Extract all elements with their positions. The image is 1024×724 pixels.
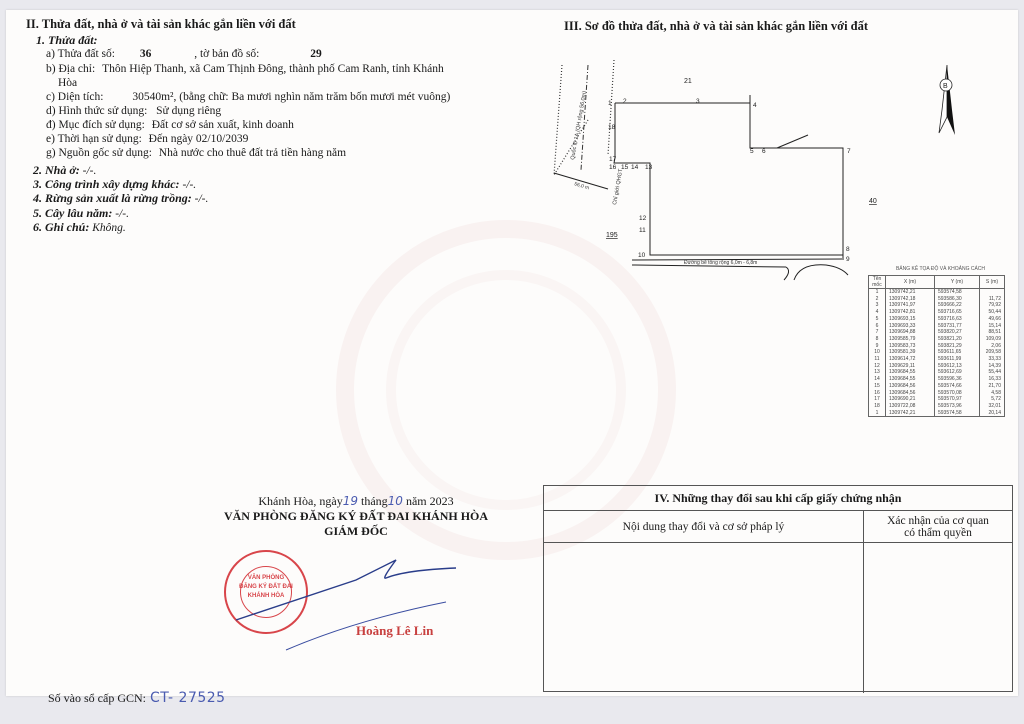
coord-cell: 593716,63 bbox=[935, 316, 980, 323]
coord-cell: 32,01 bbox=[980, 403, 1005, 410]
svg-text:9: 9 bbox=[846, 256, 850, 263]
svg-text:2: 2 bbox=[623, 98, 627, 105]
coord-cell: 10 bbox=[869, 349, 886, 356]
watermark-emblem-inner bbox=[386, 270, 626, 510]
svg-text:1: 1 bbox=[608, 100, 612, 107]
note-label: 6. Ghi chú: bbox=[33, 220, 89, 234]
coord-row: 51309693,15593716,6349,66 bbox=[869, 316, 1005, 323]
coord-cell: 593821,29 bbox=[935, 343, 980, 350]
usage-form-row: d) Hình thức sử dụng: Sử dụng riêng bbox=[46, 105, 221, 117]
coord-cell: 1309742,18 bbox=[886, 296, 935, 303]
address-value: Thôn Hiệp Thanh, xã Cam Thịnh Đông, thàn… bbox=[102, 63, 444, 75]
note-value: Không. bbox=[92, 222, 126, 234]
coord-row: 101309581,39593611,65209,58 bbox=[869, 349, 1005, 356]
coord-cell: 11 bbox=[869, 356, 886, 363]
svg-text:17: 17 bbox=[609, 156, 617, 163]
coord-cell: 14 bbox=[869, 376, 886, 383]
coord-cell: 1 bbox=[869, 410, 886, 417]
coord-cell: 593612,13 bbox=[935, 363, 980, 370]
svg-text:Chỉ giới QHGT: Chỉ giới QHGT bbox=[611, 168, 624, 206]
perennial-row: 5. Cây lâu năm: -/-. bbox=[33, 206, 129, 221]
svg-text:11: 11 bbox=[639, 227, 646, 234]
coord-cell: 88,51 bbox=[980, 329, 1005, 336]
coord-cell: 1309741,97 bbox=[886, 302, 935, 309]
forest-row: 4. Rừng sản xuất là rừng trồng: -/-. bbox=[33, 191, 208, 206]
coord-cell: 593716,65 bbox=[935, 309, 980, 316]
usage-form-label: d) Hình thức sử dụng: bbox=[46, 105, 147, 117]
coord-cell: 7 bbox=[869, 329, 886, 336]
svg-text:7: 7 bbox=[847, 148, 851, 155]
col-header-x: X (m) bbox=[886, 276, 935, 289]
coord-cell: 593586,30 bbox=[935, 296, 980, 303]
coord-cell: 593820,27 bbox=[935, 329, 980, 336]
coord-cell: 593596,36 bbox=[935, 376, 980, 383]
note-row: 6. Ghi chú: Không. bbox=[33, 220, 126, 235]
forest-label: 4. Rừng sản xuất là rừng trồng: bbox=[33, 191, 192, 205]
address-row: b) Địa chỉ: Thôn Hiệp Thanh, xã Cam Thịn… bbox=[46, 63, 444, 75]
signing-date: Khánh Hòa, ngày19 tháng10 năm 2023 bbox=[186, 494, 526, 509]
changes-col-confirm: Xác nhận của cơ quan có thẩm quyền bbox=[864, 511, 1012, 542]
coord-cell: 593573,96 bbox=[935, 403, 980, 410]
coord-cell: 11,72 bbox=[980, 296, 1005, 303]
house-row: 2. Nhà ở: -/-. bbox=[33, 163, 96, 178]
col-header-y: Y (m) bbox=[935, 276, 980, 289]
parcel-number-value: 36 bbox=[140, 48, 152, 60]
coord-cell: 593611,65 bbox=[935, 349, 980, 356]
handwritten-signature bbox=[206, 540, 466, 660]
coord-cell: 49,66 bbox=[980, 316, 1005, 323]
coordinate-table-title: BẢNG KÊ TỌA ĐỘ VÀ KHOẢNG CÁCH bbox=[868, 266, 1013, 272]
coord-row: 21309742,18593586,3011,72 bbox=[869, 296, 1005, 303]
coord-cell: 1 bbox=[869, 289, 886, 296]
land-subtitle: 1. Thửa đất: bbox=[36, 33, 98, 48]
origin-value: Nhà nước cho thuê đất trả tiền hàng năm bbox=[159, 147, 346, 159]
changes-confirm-cell bbox=[864, 543, 1012, 693]
coord-cell: 593570,08 bbox=[935, 390, 980, 397]
svg-text:15: 15 bbox=[621, 164, 629, 171]
issuing-office: VĂN PHÒNG ĐĂNG KÝ ĐẤT ĐAI KHÁNH HÒA bbox=[186, 509, 526, 524]
coord-cell: 1309585,79 bbox=[886, 336, 935, 343]
coord-cell: 16 bbox=[869, 390, 886, 397]
address-label: b) Địa chỉ: bbox=[46, 63, 95, 75]
coord-cell: 109,09 bbox=[980, 336, 1005, 343]
signer-position: GIÁM ĐỐC bbox=[186, 524, 526, 539]
coord-row: 11309742,21593574,5820,14 bbox=[869, 410, 1005, 417]
coord-cell: 8 bbox=[869, 336, 886, 343]
coord-row: 121309629,11593612,1314,39 bbox=[869, 363, 1005, 370]
svg-text:14: 14 bbox=[631, 164, 639, 171]
coord-cell: 16,33 bbox=[980, 376, 1005, 383]
changes-table: IV. Những thay đổi sau khi cấp giấy chứn… bbox=[543, 485, 1013, 692]
coord-cell: 9 bbox=[869, 343, 886, 350]
map-sheet-value: 29 bbox=[310, 48, 322, 60]
coord-cell: 593611,99 bbox=[935, 356, 980, 363]
coord-cell: 21,70 bbox=[980, 383, 1005, 390]
gcn-register-row: Số vào sổ cấp GCN:CT- 27525 bbox=[48, 690, 226, 706]
coord-cell: 20,14 bbox=[980, 410, 1005, 417]
coord-cell: 1309581,39 bbox=[886, 349, 935, 356]
svg-text:Quốc lộ 1A (QH rộng 56,0m): Quốc lộ 1A (QH rộng 56,0m) bbox=[570, 91, 588, 161]
coord-row: 71309694,88593820,2788,51 bbox=[869, 329, 1005, 336]
coord-cell: 593666,22 bbox=[935, 302, 980, 309]
other-works-row: 3. Công trình xây dựng khác: -/-. bbox=[33, 177, 196, 192]
svg-text:12: 12 bbox=[639, 215, 647, 222]
area-value: 30540m², (bằng chữ: Ba mươi nghìn năm tr… bbox=[132, 91, 450, 103]
north-arrow-icon: B bbox=[939, 65, 955, 135]
coord-cell: 3 bbox=[869, 302, 886, 309]
coord-cell: 593574,58 bbox=[935, 289, 980, 296]
svg-text:10: 10 bbox=[638, 252, 646, 259]
coord-row: 171309690,21593570,975,72 bbox=[869, 396, 1005, 403]
confirm-line1: Xác nhận của cơ quan bbox=[887, 515, 989, 527]
date-year: năm 2023 bbox=[406, 494, 454, 508]
col-header-s: S (m) bbox=[980, 276, 1005, 289]
date-day: 19 bbox=[343, 494, 358, 508]
coord-cell: 1309742,21 bbox=[886, 410, 935, 417]
house-value: -/-. bbox=[83, 165, 97, 177]
coord-cell: 593570,97 bbox=[935, 396, 980, 403]
area-label: c) Diện tích: bbox=[46, 91, 103, 103]
svg-text:21: 21 bbox=[684, 78, 692, 85]
changes-title: IV. Những thay đổi sau khi cấp giấy chứn… bbox=[544, 486, 1012, 511]
map-sheet-label: , tờ bản đồ số: bbox=[194, 48, 259, 60]
coord-cell: 15 bbox=[869, 383, 886, 390]
svg-text:13: 13 bbox=[645, 164, 653, 171]
coord-cell: 18 bbox=[869, 403, 886, 410]
svg-text:4: 4 bbox=[753, 102, 757, 109]
other-works-label: 3. Công trình xây dựng khác: bbox=[33, 177, 180, 191]
coord-cell: 593821,20 bbox=[935, 336, 980, 343]
gcn-label: Số vào sổ cấp GCN: bbox=[48, 691, 146, 705]
coord-cell: 14,39 bbox=[980, 363, 1005, 370]
coord-cell: 1309629,11 bbox=[886, 363, 935, 370]
coord-row: 31309741,97593666,2279,92 bbox=[869, 302, 1005, 309]
coord-cell: 13 bbox=[869, 369, 886, 376]
section3-title: III. Sơ đồ thửa đất, nhà ở và tài sản kh… bbox=[564, 19, 868, 34]
coord-row: 151309684,56593574,6621,70 bbox=[869, 383, 1005, 390]
svg-text:B: B bbox=[943, 83, 948, 90]
coord-cell: 1309742,21 bbox=[886, 289, 935, 296]
coord-cell: 4,58 bbox=[980, 390, 1005, 397]
col-header-point: Tên mốc bbox=[869, 276, 886, 289]
coord-cell: 1309694,88 bbox=[886, 329, 935, 336]
coord-cell: 1309684,56 bbox=[886, 390, 935, 397]
purpose-value: Đất cơ sở sản xuất, kinh doanh bbox=[152, 119, 294, 131]
changes-content-cell bbox=[544, 543, 864, 693]
svg-text:18: 18 bbox=[608, 124, 616, 131]
coord-row: 41309742,81593716,6550,44 bbox=[869, 309, 1005, 316]
other-works-value: -/-. bbox=[182, 179, 196, 191]
svg-text:5: 5 bbox=[750, 148, 754, 155]
coord-row: 81309585,79593821,20109,09 bbox=[869, 336, 1005, 343]
coord-cell: 55,44 bbox=[980, 369, 1005, 376]
coord-cell: 50,44 bbox=[980, 309, 1005, 316]
svg-text:40: 40 bbox=[869, 198, 877, 205]
coord-row: 61309693,33593731,7715,14 bbox=[869, 323, 1005, 330]
certificate-page: II. Thửa đất, nhà ở và tài sản khác gắn … bbox=[6, 10, 1018, 696]
address-line2: Hòa bbox=[58, 77, 77, 89]
svg-text:195: 195 bbox=[606, 232, 618, 239]
date-place: Khánh Hòa, ngày bbox=[258, 494, 342, 508]
coord-cell: 6 bbox=[869, 323, 886, 330]
coord-cell: 79,92 bbox=[980, 302, 1005, 309]
house-label: 2. Nhà ở: bbox=[33, 163, 80, 177]
svg-text:6: 6 bbox=[762, 148, 766, 155]
changes-col-content: Nội dung thay đổi và cơ sở pháp lý bbox=[544, 511, 864, 542]
coord-row: 131309684,55593612,6955,44 bbox=[869, 369, 1005, 376]
signature-block: Khánh Hòa, ngày19 tháng10 năm 2023 VĂN P… bbox=[186, 494, 526, 539]
coord-row: 141309684,55593596,3616,33 bbox=[869, 376, 1005, 383]
section2-title: II. Thửa đất, nhà ở và tài sản khác gắn … bbox=[26, 17, 296, 32]
coordinate-table: BẢNG KÊ TỌA ĐỘ VÀ KHOẢNG CÁCH Tên mốc X … bbox=[868, 266, 1013, 417]
purpose-label: đ) Mục đích sử dụng: bbox=[46, 119, 145, 131]
coord-row: 91309583,73593821,292,06 bbox=[869, 343, 1005, 350]
term-row: e) Thời hạn sử dụng: Đến ngày 02/10/2039 bbox=[46, 133, 248, 145]
coord-cell: 1309684,56 bbox=[886, 383, 935, 390]
coord-cell: 4 bbox=[869, 309, 886, 316]
coord-cell: 5,72 bbox=[980, 396, 1005, 403]
date-month-label: tháng bbox=[361, 494, 388, 508]
svg-text:3: 3 bbox=[696, 98, 700, 105]
forest-value: -/-. bbox=[195, 193, 209, 205]
coord-cell: 2 bbox=[869, 296, 886, 303]
coord-cell: 1309690,21 bbox=[886, 396, 935, 403]
perennial-value: -/-. bbox=[115, 208, 129, 220]
coord-cell: 17 bbox=[869, 396, 886, 403]
coord-cell: 5 bbox=[869, 316, 886, 323]
usage-form-value: Sử dụng riêng bbox=[156, 105, 221, 117]
coord-cell: 2,06 bbox=[980, 343, 1005, 350]
origin-row: g) Nguồn gốc sử dụng: Nhà nước cho thuê … bbox=[46, 147, 346, 159]
coord-cell: 33,33 bbox=[980, 356, 1005, 363]
coord-cell: 1309684,55 bbox=[886, 376, 935, 383]
date-month: 10 bbox=[388, 494, 403, 508]
coord-cell: 1309742,81 bbox=[886, 309, 935, 316]
coord-cell: 593731,77 bbox=[935, 323, 980, 330]
coord-row: 161309684,56593570,084,58 bbox=[869, 390, 1005, 397]
coord-cell bbox=[980, 289, 1005, 296]
coord-cell: 1309693,33 bbox=[886, 323, 935, 330]
coord-cell: 209,58 bbox=[980, 349, 1005, 356]
signer-name: Hoàng Lê Lin bbox=[356, 623, 433, 639]
coord-cell: 1309614,72 bbox=[886, 356, 935, 363]
coord-cell: 15,14 bbox=[980, 323, 1005, 330]
svg-text:8: 8 bbox=[846, 246, 850, 253]
area-row: c) Diện tích: 30540m², (bằng chữ: Ba mươ… bbox=[46, 91, 450, 103]
parcel-number-row: a) Thửa đất số: 36 , tờ bản đồ số: 29 bbox=[46, 48, 322, 60]
coord-cell: 593574,66 bbox=[935, 383, 980, 390]
coord-row: 111309614,72593611,9933,33 bbox=[869, 356, 1005, 363]
coord-cell: 593574,58 bbox=[935, 410, 980, 417]
svg-text:Đường bê tông rộng 6,0m - 6,8m: Đường bê tông rộng 6,0m - 6,8m bbox=[684, 260, 757, 266]
coord-cell: 1309583,73 bbox=[886, 343, 935, 350]
coord-cell: 593612,69 bbox=[935, 369, 980, 376]
parcel-number-label: a) Thửa đất số: bbox=[46, 48, 115, 60]
origin-label: g) Nguồn gốc sử dụng: bbox=[46, 147, 152, 159]
svg-text:16: 16 bbox=[609, 164, 617, 171]
gcn-value: CT- 27525 bbox=[150, 690, 226, 706]
confirm-line2: có thẩm quyền bbox=[904, 527, 972, 539]
coord-row: 11309742,21593574,58 bbox=[869, 289, 1005, 296]
coord-cell: 1309693,15 bbox=[886, 316, 935, 323]
coord-cell: 1309722,08 bbox=[886, 403, 935, 410]
term-label: e) Thời hạn sử dụng: bbox=[46, 133, 142, 145]
parcel-diagram: 56,0 m Quốc lộ 1A (QH rộng 56,0m) Chỉ gi… bbox=[536, 55, 1016, 285]
coord-cell: 12 bbox=[869, 363, 886, 370]
coord-cell: 1309684,55 bbox=[886, 369, 935, 376]
coord-row: 181309722,08593573,9632,01 bbox=[869, 403, 1005, 410]
perennial-label: 5. Cây lâu năm: bbox=[33, 206, 112, 220]
purpose-row: đ) Mục đích sử dụng: Đất cơ sở sản xuất,… bbox=[46, 119, 294, 131]
term-value: Đến ngày 02/10/2039 bbox=[149, 133, 249, 145]
